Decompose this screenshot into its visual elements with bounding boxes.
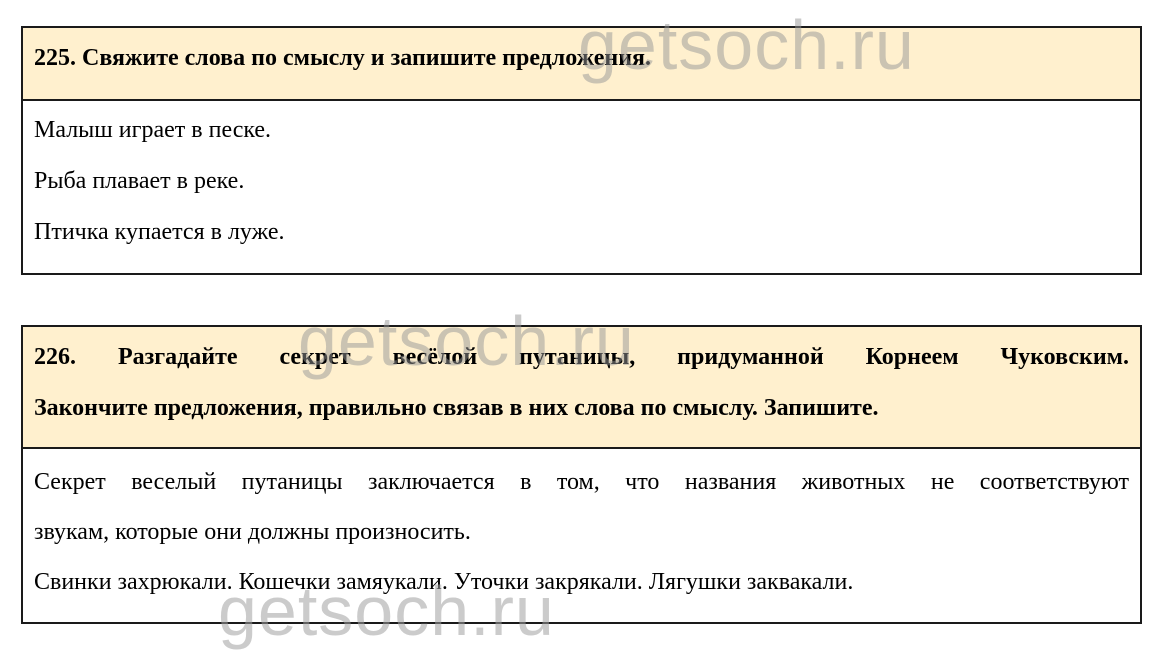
- answer-line: звукам, которые они должны произносить.: [34, 507, 1129, 557]
- answer-line: Секрет веселый путаницы заключается в то…: [34, 457, 1129, 507]
- task-225-instruction: Свяжите слова по смыслу и запишите предл…: [82, 45, 651, 71]
- task-225-answer: Малыш играет в песке. Рыба плавает в рек…: [23, 101, 1140, 273]
- task-226-header: 226. Разгадайте секрет весёлой путаницы,…: [23, 327, 1140, 449]
- answer-line: Свинки захрюкали. Кошечки замяукали. Уто…: [34, 557, 1129, 607]
- task-226-instruction-line-1: 226. Разгадайте секрет весёлой путаницы,…: [34, 332, 1129, 383]
- task-225-header: 225. Свяжите слова по смыслу и запишите …: [23, 28, 1140, 101]
- task-226-number: 226.: [34, 344, 76, 370]
- answer-line: Птичка купается в луже.: [34, 207, 1129, 258]
- task-226-instruction-line-2: Закончите предложения, правильно связав …: [34, 383, 1129, 434]
- task-226-card: 226. Разгадайте секрет весёлой путаницы,…: [21, 325, 1142, 624]
- answer-line: Малыш играет в песке.: [34, 105, 1129, 156]
- task-226-instruction-text-1: Разгадайте секрет весёлой путаницы, прид…: [118, 344, 1129, 370]
- answer-line: Рыба плавает в реке.: [34, 156, 1129, 207]
- task-225-number: 225.: [34, 45, 76, 71]
- task-225-card: 225. Свяжите слова по смыслу и запишите …: [21, 26, 1142, 275]
- task-226-answer: Секрет веселый путаницы заключается в то…: [23, 449, 1140, 622]
